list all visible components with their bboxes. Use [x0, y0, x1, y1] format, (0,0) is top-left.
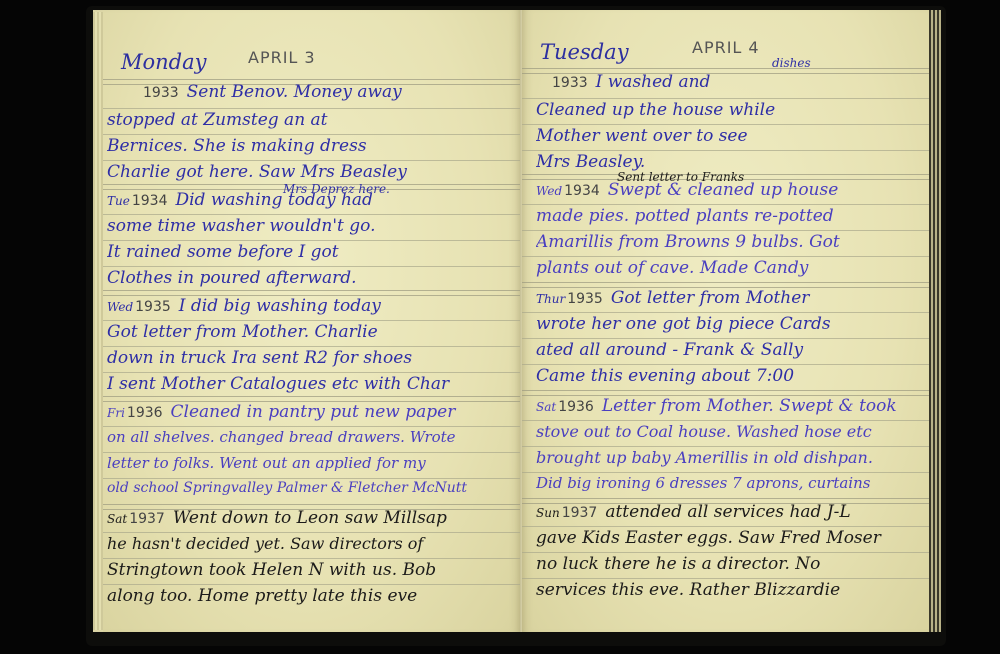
entry-line: Tue1934Did washing today had: [107, 190, 510, 216]
entry-line: gave Kids Easter eggs. Saw Fred Moser: [536, 528, 922, 554]
entry-line: 1933Sent Benov. Money away: [143, 82, 510, 108]
date-header: APRIL 4: [692, 38, 760, 57]
entry-line: letter to folks. Went out an applied for…: [107, 454, 510, 480]
entry-line: along too. Home pretty late this eve: [107, 586, 510, 612]
entry-line: brought up baby Amerillis in old dishpan…: [536, 448, 922, 474]
entry-line: It rained some before I got: [107, 242, 510, 268]
entry-insert: dishes: [772, 56, 811, 70]
entry-line: Got letter from Mother. Charlie: [107, 322, 510, 348]
entry-line: Amarillis from Browns 9 bulbs. Got: [536, 232, 922, 258]
entry-line: Sun1937attended all services had J-L: [536, 502, 922, 528]
entry-line: Cleaned up the house while: [536, 100, 922, 126]
entry-line: Sat1936Letter from Mother. Swept & took: [536, 396, 922, 422]
entry-line: down in truck Ira sent R2 for shoes: [107, 348, 510, 374]
entry-line: plants out of cave. Made Candy: [536, 258, 922, 284]
entry-line: Came this evening about 7:00: [536, 366, 922, 392]
date-header: APRIL 3: [248, 48, 316, 67]
entry-year: 1933: [143, 85, 179, 101]
entry-line: Sat1937Went down to Leon saw Millsap: [107, 508, 510, 534]
day-name: Tuesday: [540, 40, 629, 64]
left-page: Monday APRIL 3 1933Sent Benov. Money awa…: [93, 10, 521, 632]
entry-line: some time washer wouldn't go.: [107, 216, 510, 242]
entry-line: ated all around - Frank & Sally: [536, 340, 922, 366]
entry-line: Did big ironing 6 dresses 7 aprons, curt…: [536, 474, 922, 500]
entry-line: 1933I washed and: [552, 72, 922, 98]
entry-line: I sent Mother Catalogues etc with Char: [107, 374, 510, 400]
page-edges-right: [929, 10, 941, 632]
entry-line: on all shelves. changed bread drawers. W…: [107, 428, 510, 454]
entry-line: Clothes in poured afterward.: [107, 268, 510, 294]
entry-line: Wed1934Swept & cleaned up house: [536, 180, 922, 206]
right-page: Tuesday APRIL 4 dishes 1933I washed and …: [521, 10, 932, 632]
entry-line: no luck there he is a director. No: [536, 554, 922, 580]
entry-line: Mother went over to see: [536, 126, 922, 152]
page-edges-left: [93, 12, 103, 630]
entry-line: old school Springvalley Palmer & Fletche…: [107, 480, 510, 506]
entry-line: he hasn't decided yet. Saw directors of: [107, 534, 510, 560]
entry-line: Thur1935Got letter from Mother: [536, 288, 922, 314]
entry-line: Stringtown took Helen N with us. Bob: [107, 560, 510, 586]
entry-weekday: Tue: [107, 194, 130, 208]
entry-line: services this eve. Rather Blizzardie: [536, 580, 922, 606]
entry-line: made pies. potted plants re-potted: [536, 206, 922, 232]
entry-line: Fri1936Cleaned in pantry put new paper: [107, 402, 510, 428]
entry-line: stopped at Zumsteg an at: [107, 110, 510, 136]
entry-line: stove out to Coal house. Washed hose etc: [536, 422, 922, 448]
entry-line: wrote her one got big piece Cards: [536, 314, 922, 340]
day-name: Monday: [121, 50, 207, 74]
entry-line: Wed1935I did big washing today: [107, 296, 510, 322]
entry-line: Bernices. She is making dress: [107, 136, 510, 162]
